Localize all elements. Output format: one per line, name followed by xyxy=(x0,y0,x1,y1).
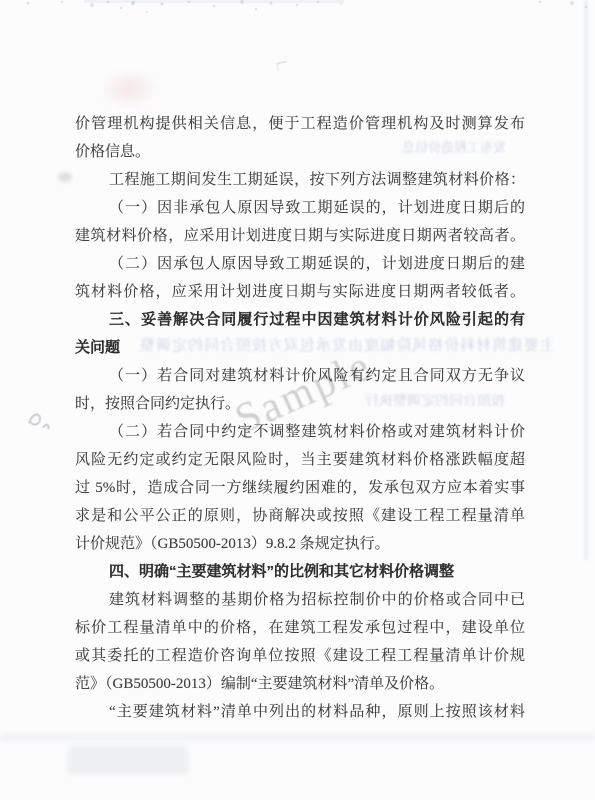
section-heading: 三、妥善解决合同履行过程中因建筑材料计价风险引起的有 xyxy=(75,306,525,334)
text-line: 筑材料价格，应采用计划进度日期与实际进度日期两者较低者。 xyxy=(75,278,525,306)
text-line: （二）因承包人原因导致工期延误的，计划进度日期后的建 xyxy=(75,250,525,278)
text-line: 范》（GB50500-2013）编制“主要建筑材料”清单及价格。 xyxy=(75,670,525,698)
document-page: 发布工程造价信息 主要建筑材料价格风险幅度由发承包双方按照合同约定调整 按照合同… xyxy=(0,0,595,800)
text-line: 标价工程量清单中的价格，在建筑工程发承包过程中，建设单位 xyxy=(75,614,525,642)
text-line: 求是和公平公正的原则，协商解决或按照《建设工程工程量清单 xyxy=(75,502,525,530)
ink-scribble-icon xyxy=(25,406,55,436)
section-heading: 四、明确“主要建筑材料”的比例和其它材料价格调整 xyxy=(75,558,525,586)
margin-smudge xyxy=(58,172,72,182)
text-line: （一）因非承包人原因导致工期延误的，计划进度日期后的 xyxy=(75,194,525,222)
text-line: 价格信息。 xyxy=(75,138,525,166)
text-line: 或其委托的工程造价咨询单位按照《建设工程工程量清单计价规 xyxy=(75,642,525,670)
text-line: 计价规范》（GB50500-2013）9.8.2 条规定执行。 xyxy=(75,530,525,558)
text-block: 价管理机构提供相关信息，便于工程造价管理机构及时测算发布 价格信息。 工程施工期… xyxy=(75,110,525,726)
scan-noise-icon xyxy=(0,0,595,22)
text-line: “主要建筑材料”清单中列出的材料品种，原则上按照该材料 xyxy=(75,698,525,726)
text-line: 时，按照合同约定执行。 xyxy=(75,390,525,418)
text-line: 建筑材料价格，应采用计划进度日期与实际进度日期两者较高者。 xyxy=(75,222,525,250)
text-line: 工程施工期间发生工期延误，按下列方法调整建筑材料价格： xyxy=(75,166,525,194)
scan-speck xyxy=(276,61,288,71)
text-line: 过 5%时，造成合同一方继续履约困难的，发承包双方应本着实事 xyxy=(75,474,525,502)
stain-smudge xyxy=(98,68,160,110)
text-line: 建筑材料调整的基期价格为招标控制价中的价格或合同中已 xyxy=(75,586,525,614)
text-line: （一）若合同对建筑材料计价风险有约定且合同双方无争议 xyxy=(75,362,525,390)
section-heading: 关问题 xyxy=(75,334,525,362)
bleed-through-blob xyxy=(67,746,189,774)
text-line: （二）若合同中约定不调整建筑材料价格或对建筑材料计价 xyxy=(75,418,525,446)
scan-band xyxy=(0,733,595,741)
scan-edge-shadow xyxy=(583,0,589,560)
text-line: 风险无约定或约定无限风险时，当主要建筑材料价格涨跌幅度超 xyxy=(75,446,525,474)
text-line: 价管理机构提供相关信息，便于工程造价管理机构及时测算发布 xyxy=(75,110,525,138)
